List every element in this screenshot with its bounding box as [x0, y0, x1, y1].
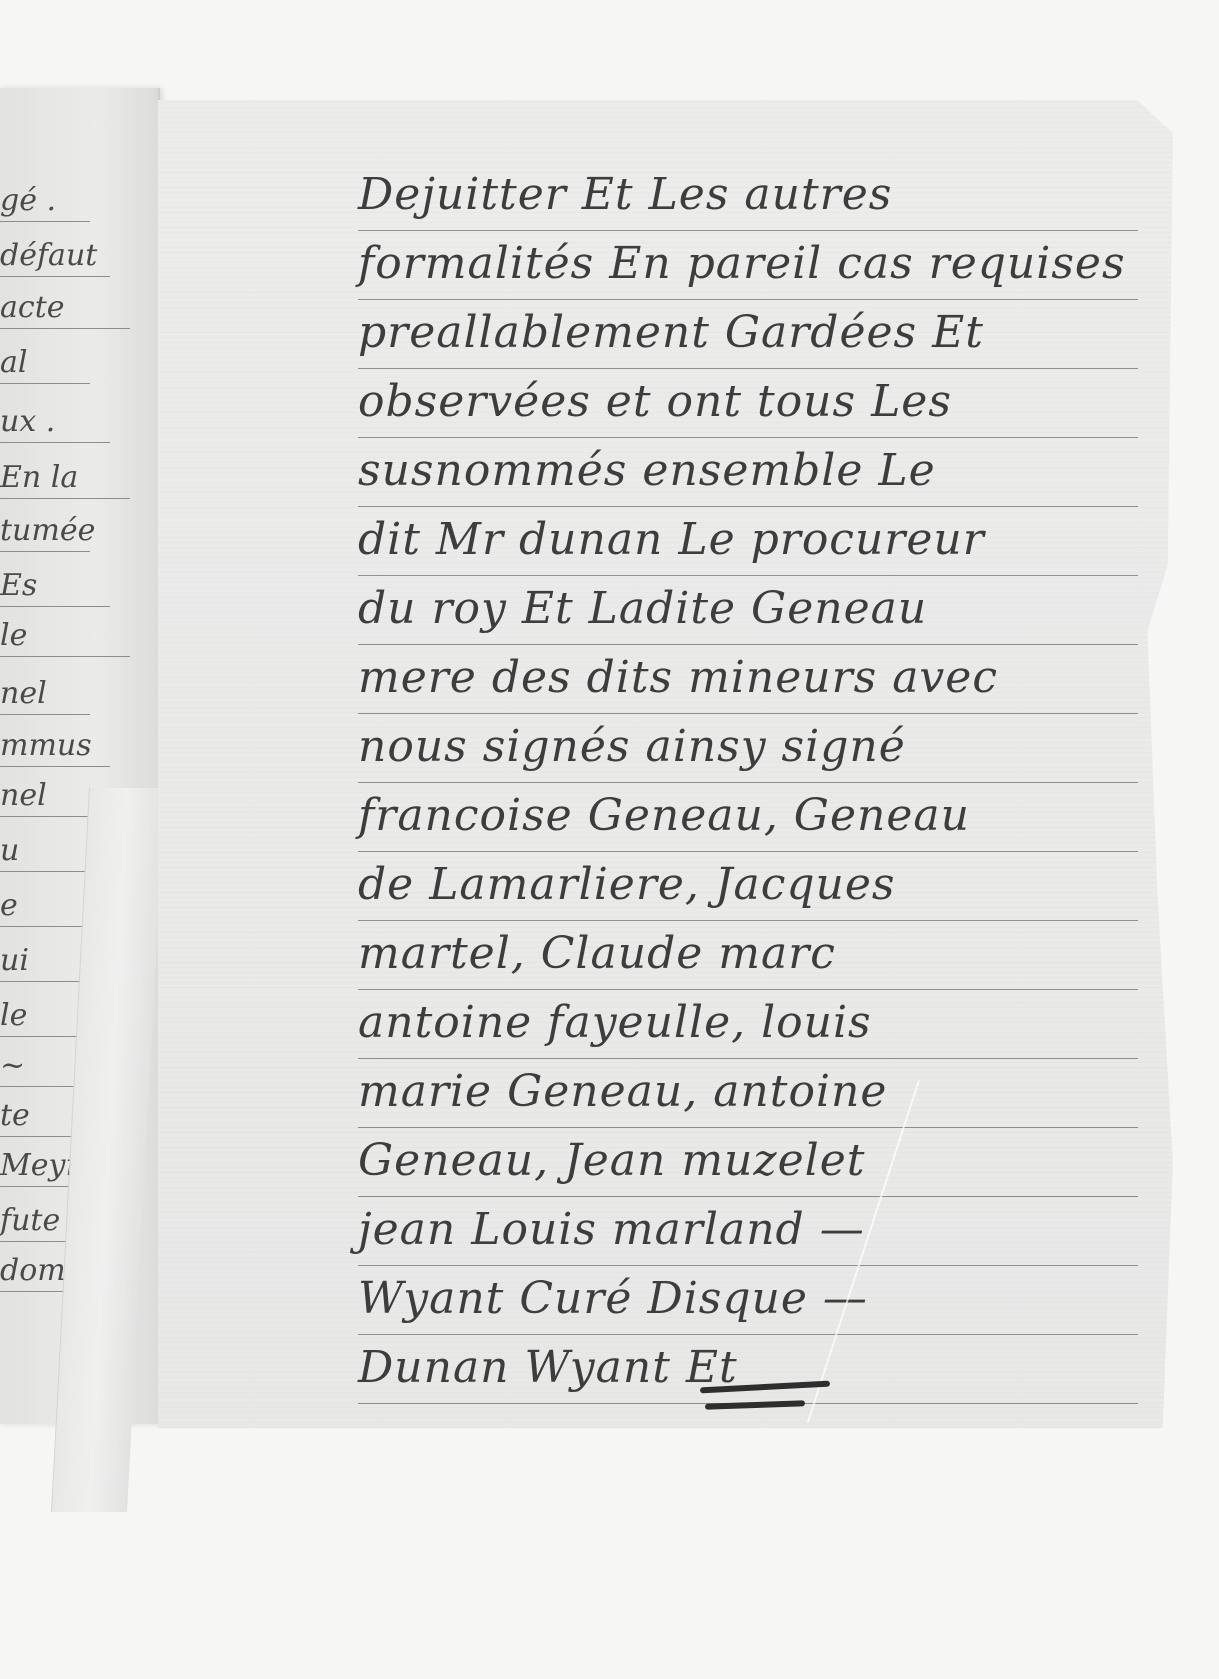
manuscript-line: Wyant Curé Disque — [358, 1264, 1138, 1335]
manuscript-line: Dejuitter Et Les autres [358, 160, 1138, 231]
manuscript-line: dit Mr dunan Le procureur [358, 505, 1138, 576]
left-page-fragment: acte [0, 290, 130, 329]
left-page-fragment: En la [0, 460, 130, 499]
left-page-fragment: nel [0, 676, 90, 715]
manuscript-line: Geneau, Jean muzelet [358, 1126, 1138, 1197]
manuscript-page: Dejuitter Et Les autresformalités En par… [158, 100, 1178, 1428]
manuscript-line: de Lamarliere, Jacques [358, 850, 1138, 921]
left-page-fragment: le [0, 618, 130, 657]
left-page-fragment: tumée [0, 513, 90, 552]
left-page-fragment: ux . [0, 404, 110, 443]
manuscript-line: observées et ont tous Les [358, 367, 1138, 438]
left-page-fragment: mmus [0, 728, 110, 767]
manuscript-line: antoine fayeulle, louis [358, 988, 1138, 1059]
manuscript-line: susnommés ensemble Le [358, 436, 1138, 507]
manuscript-line: francoise Geneau, Geneau [358, 781, 1138, 852]
left-folded-page: gé .défautactealux .En latuméeEslenelmmu… [0, 88, 160, 1424]
manuscript-line: martel, Claude marc [358, 919, 1138, 990]
left-page-fragment: Es [0, 568, 110, 607]
manuscript-line: marie Geneau, antoine [358, 1057, 1138, 1128]
left-page-fragment: u [0, 833, 90, 872]
manuscript-line: Dunan Wyant Et [358, 1333, 1138, 1404]
left-page-fragment: al [0, 345, 90, 384]
manuscript-line: jean Louis marland — [358, 1195, 1138, 1266]
manuscript-line: mere des dits mineurs avec [358, 643, 1138, 714]
left-page-fragment: gé . [0, 183, 90, 222]
left-page-fragment: défaut [0, 238, 110, 277]
manuscript-line: du roy Et Ladite Geneau [358, 574, 1138, 645]
manuscript-line: preallablement Gardées Et [358, 298, 1138, 369]
manuscript-line: formalités En pareil cas requises [358, 229, 1138, 300]
document-scan: gé .défautactealux .En latuméeEslenelmmu… [0, 0, 1219, 1679]
manuscript-line: nous signés ainsy signé [358, 712, 1138, 783]
